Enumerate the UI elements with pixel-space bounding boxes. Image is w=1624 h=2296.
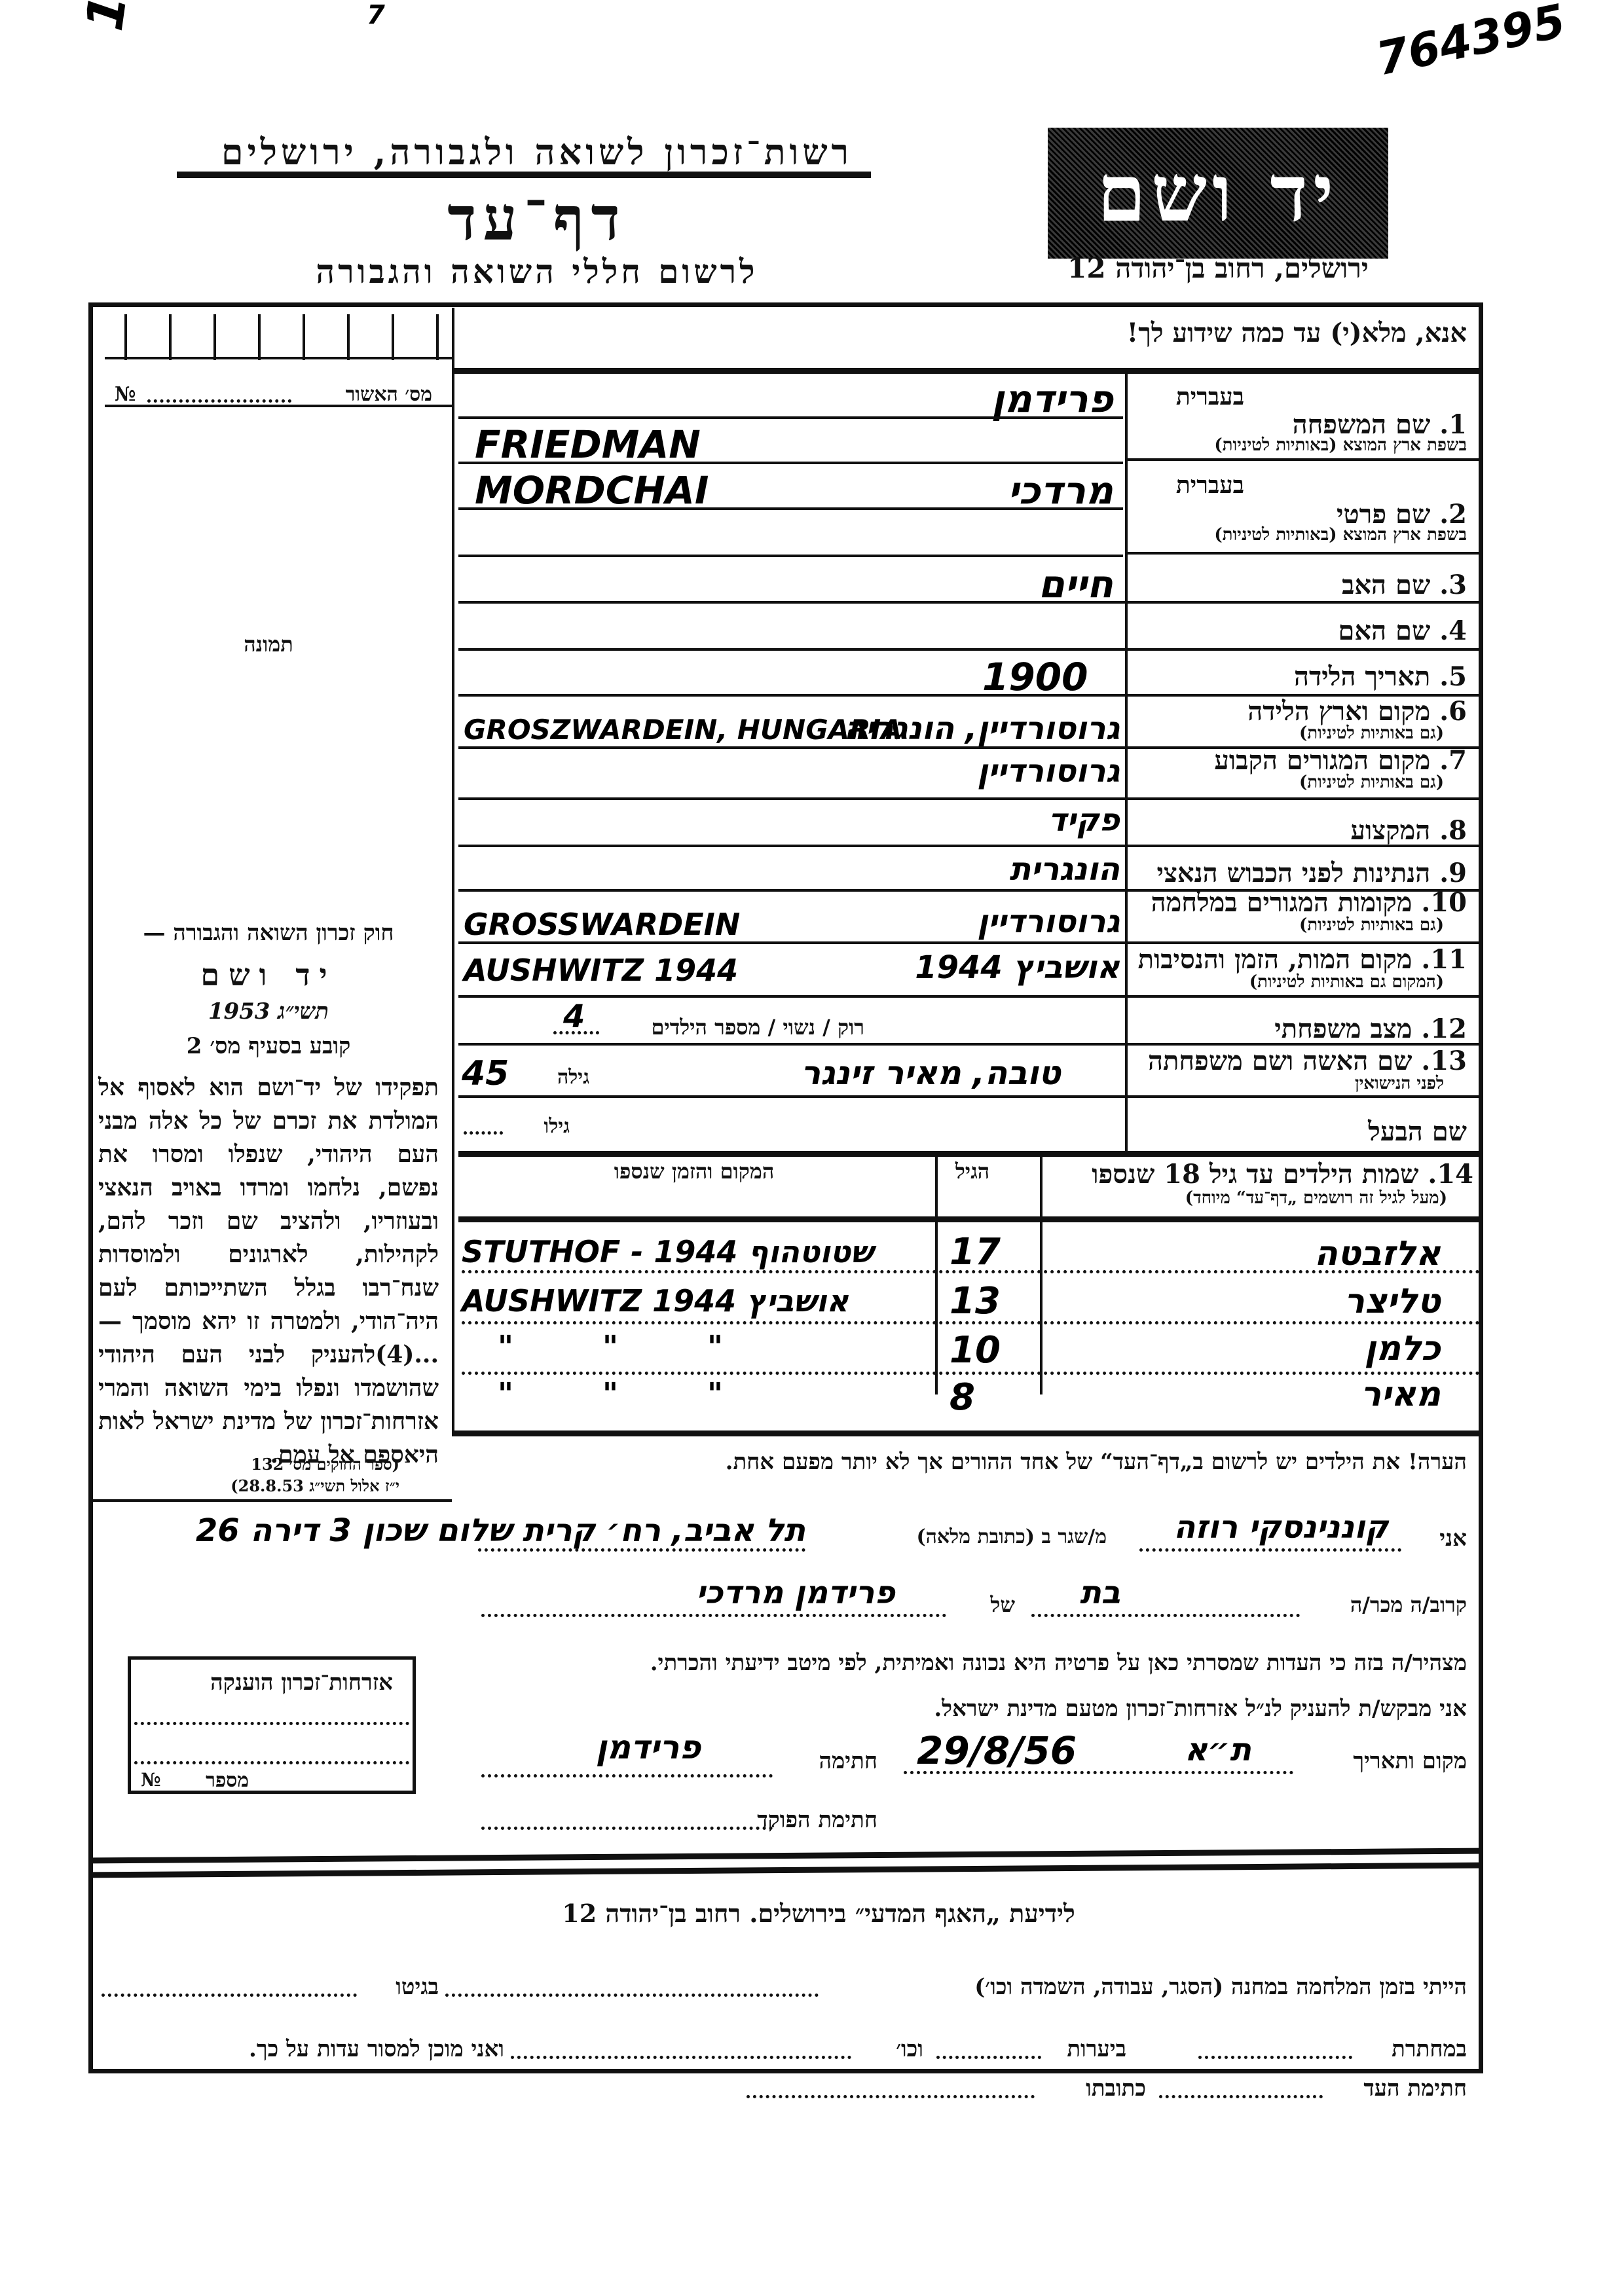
column-header-place: המקום והזמן שנספו <box>458 1159 930 1184</box>
child-age[interactable]: 10 <box>950 1329 1001 1372</box>
divider <box>458 845 1481 847</box>
divider <box>1128 552 1481 555</box>
husband-age-label: גילו <box>511 1115 570 1138</box>
field-8-label: 8. המקצוע <box>1139 815 1467 846</box>
place-date-label: מקום ותאריך <box>1303 1748 1467 1774</box>
child-age[interactable]: 13 <box>950 1280 1001 1322</box>
field-10-number: 10. <box>1421 887 1467 918</box>
field-8-label-text: המקצוע <box>1350 815 1430 846</box>
relation-input[interactable]: בת <box>1035 1575 1166 1611</box>
field-9-label-text: הנתינות לפני הכבוש הנאצי <box>1156 858 1430 888</box>
ghetto-label: בגיטו <box>360 1974 439 2000</box>
citizenship-request: אני מבקש/ת להעניק לנ״ל אזרחות־זכרון מטעם… <box>655 1696 1467 1722</box>
birthplace-latin-input[interactable]: GROSZWARDEIN, HUNGARIA <box>464 714 902 746</box>
children-note: הערה! את הילדים יש לרשום ב„דף־העד“ של אח… <box>458 1449 1467 1475</box>
field-8-number: 8. <box>1439 815 1467 846</box>
child-age[interactable]: 17 <box>950 1231 1001 1273</box>
camp-label: הייתי בזמן המלחמה במחנה (הסגר, עבודה, הש… <box>819 1974 1467 2000</box>
number-symbol: № <box>115 383 136 406</box>
wife-age-label: גילה <box>524 1066 589 1089</box>
instruction: אנא, מלא(י) עד כמה שידוע לך! <box>655 318 1467 348</box>
field-13-label: 13. שם האשה ושם משפחתה <box>1139 1046 1467 1076</box>
child-age[interactable]: 8 <box>950 1376 975 1419</box>
left-panel-divider <box>452 308 454 1434</box>
underground-label: במחתרת <box>1356 2036 1467 2062</box>
citizenship-number-symbol: № <box>141 1769 160 1791</box>
field-2-hebrew-tag: בעברית <box>1139 471 1244 499</box>
witness-signature-input[interactable] <box>1159 2095 1323 2098</box>
top-mark-annotation: 7 <box>367 0 385 30</box>
etc-input[interactable] <box>511 2056 851 2059</box>
divider <box>458 1095 1481 1098</box>
field-13-sublabel: לפני הנישואין <box>1116 1074 1444 1093</box>
row-divider <box>462 1270 1480 1273</box>
law-reference-2: י״ז אלול תשי״ג 28.8.53) <box>98 1476 399 1496</box>
divider <box>92 1499 452 1502</box>
field-7-label-text: מקום המגורים הקבוע <box>1214 745 1430 776</box>
law-clause: קובע בסעיף מס׳ 2 <box>98 1033 439 1059</box>
birth-date-input[interactable]: 1900 <box>982 655 1088 699</box>
field-3-label-text: שם האב <box>1342 570 1430 600</box>
declarant-label: אני <box>1401 1525 1467 1552</box>
wife-name-input[interactable]: טובה, מאיר זינגר <box>655 1054 1061 1092</box>
field-6-sublabel: (גם באותיות לטיניות) <box>1116 723 1444 743</box>
signature-line <box>481 1774 773 1777</box>
field-10-label-text: מקומות המגורים במלחמה <box>1151 887 1412 918</box>
field-10-sublabel: (גם באותיות לטיניות) <box>1116 915 1444 935</box>
header-rule <box>177 172 871 178</box>
field-12-number: 12. <box>1421 1013 1467 1044</box>
forests-input[interactable] <box>936 2056 1041 2059</box>
divider <box>458 1216 1481 1222</box>
child-name[interactable]: אלזבטה <box>1113 1234 1441 1273</box>
field-6-label: 6. מקום וארץ הלידה <box>1139 696 1467 727</box>
address-input[interactable]: תל אביב, רח׳ קרית שלום שכון 3 דירה 26 <box>98 1512 805 1549</box>
law-reference-1: (ספר החוקים מס׳ 132 <box>98 1455 399 1474</box>
nationality-input[interactable]: הונגרית <box>851 851 1120 888</box>
ghetto-input[interactable] <box>101 1994 357 1997</box>
citizenship-box-line[interactable] <box>134 1722 409 1725</box>
law-title: חוק זכרון השואה והגבורה — <box>98 920 439 946</box>
first-name-hebrew-input[interactable]: מרדכי <box>851 468 1113 513</box>
place-date-line <box>904 1771 1293 1774</box>
code-ticks <box>124 314 439 360</box>
field-5-number: 5. <box>1439 661 1467 692</box>
divider <box>1128 458 1481 461</box>
surname-hebrew-input[interactable]: פרידמן <box>851 376 1113 421</box>
field-7-sublabel: (גם באותיות לטיניות) <box>1116 773 1444 792</box>
divider <box>458 416 1123 419</box>
law-year: תשי״ג 1953 <box>98 998 439 1025</box>
intel-section-title: לידיעת „האגף המדעי״ בירושלים. רחוב בן־יה… <box>458 1899 1179 1929</box>
forests-label: ביערות <box>1048 2036 1126 2062</box>
wartime-residence-latin-input[interactable]: GROSSWARDEIN <box>464 907 740 942</box>
declarant-name-input[interactable]: קוננינסקי רוזה <box>1113 1509 1388 1546</box>
field-10-label: 10. מקומות המגורים במלחמה <box>1139 887 1467 918</box>
divider <box>105 405 452 407</box>
archive-number-annotation: 764395 <box>1372 0 1570 86</box>
marital-status-options[interactable]: רוק / נשוי / מספר הילדים <box>589 1015 864 1040</box>
divider <box>458 797 1481 800</box>
declaration-statement: מצהיר/ה בזה כי העדות שמסרתי כאן על פרטיה… <box>458 1650 1467 1676</box>
field-11-number: 11. <box>1421 944 1467 975</box>
child-place[interactable]: " " " <box>498 1329 762 1364</box>
field-7-number: 7. <box>1439 745 1467 776</box>
divider <box>458 462 1123 464</box>
witness-address-label: כתובתו <box>1048 2075 1146 2102</box>
relation-label: קרוב/ה מכר/ה <box>1310 1592 1467 1617</box>
husband-age-input[interactable] <box>464 1131 503 1135</box>
children-section-title: 14. שמות הילדים עד גיל 18 שנספו <box>1080 1159 1473 1190</box>
child-place[interactable]: AUSHWITZ אושביץ 1944 <box>462 1283 849 1319</box>
field-4-label: 4. שם האם <box>1139 615 1467 646</box>
field-9-number: 9. <box>1439 858 1467 888</box>
approval-number-field[interactable] <box>147 399 291 403</box>
wartime-residence-hebrew-input[interactable]: גרוסורדיין <box>851 903 1120 940</box>
children-title-text: שמות הילדים עד גיל 18 שנספו <box>1092 1159 1418 1190</box>
divider <box>458 507 1123 510</box>
divider <box>452 368 1480 374</box>
field-11-sublabel: (המקום גם באותיות לטיניות) <box>1116 972 1444 992</box>
victim-name-input[interactable]: פרידמן מרדכי <box>655 1575 936 1611</box>
divider <box>458 1151 1481 1157</box>
date-input[interactable]: 29/8/56 <box>917 1728 1077 1773</box>
of-label: של <box>956 1592 1015 1617</box>
first-name-latin-input[interactable]: MORDCHAI <box>475 468 709 513</box>
field-12-label-text: מצב משפחתי <box>1274 1013 1412 1044</box>
logo-text: יד ושם <box>1097 147 1339 240</box>
death-place-latin-input[interactable]: AUSHWITZ 1944 <box>464 953 738 988</box>
column-divider <box>935 1152 938 1394</box>
children-number: 14. <box>1428 1159 1473 1190</box>
place-input[interactable]: ת״א <box>1153 1732 1283 1768</box>
address-label: מ/שגר ב (כתובת מלאה) <box>805 1525 1107 1548</box>
relation-line <box>1031 1614 1300 1617</box>
field-11-label-text: מקום המות, הזמן והנסיבות <box>1138 944 1412 975</box>
photo-placeholder: תמונה <box>98 632 439 657</box>
org-name: רשות־זכרון לשואה ולגבורה, ירושלים <box>177 131 897 173</box>
signature-label: חתימה <box>792 1748 877 1774</box>
official-signature-field[interactable] <box>481 1827 773 1830</box>
father-name-input[interactable]: חיים <box>851 562 1113 606</box>
field-3-label: 3. שם האב <box>1139 570 1467 600</box>
witness-signature-label: חתימת העד <box>1329 2075 1467 2102</box>
field-6-label-text: מקום וארץ הלידה <box>1247 696 1430 727</box>
field-4-number: 4. <box>1439 615 1467 646</box>
camp-input[interactable] <box>445 1994 819 1997</box>
death-place-hebrew-input[interactable]: אושביץ 1944 <box>851 949 1120 986</box>
profession-input[interactable]: פקיד <box>851 802 1120 839</box>
law-text: תפקידו של יד־ושם הוא לאסוף אל המולדת את … <box>98 1071 439 1472</box>
victim-name-line <box>481 1614 946 1617</box>
field-12-label: 12. מצב משפחתי <box>1139 1013 1467 1044</box>
org-address: ירושלים, רחוב בן־יהודה 12 <box>1048 252 1388 285</box>
label-column-divider <box>1125 370 1128 1152</box>
child-name[interactable]: טליצר <box>1113 1282 1441 1321</box>
divider <box>458 555 1123 557</box>
child-place[interactable]: STUTHOF - שטוטהוף 1944 <box>462 1234 874 1269</box>
field-5-label-text: תאריך הלידה <box>1294 661 1430 692</box>
citizenship-box-title: אזרחות־זכרון הוענקה <box>131 1669 393 1696</box>
divider <box>458 601 1481 604</box>
field-3-number: 3. <box>1439 570 1467 600</box>
page-subtitle: לרשום חללי השואה והגבורה <box>177 252 897 291</box>
husband-name-label: שם הבעל <box>1139 1116 1467 1147</box>
row-divider <box>462 1321 1480 1324</box>
child-name[interactable]: מאיר <box>1113 1375 1441 1414</box>
wife-age-input[interactable]: 45 <box>462 1054 509 1093</box>
field-9-label: 9. הנתינות לפני הכבוש הנאצי <box>1139 858 1467 888</box>
declarant-name-line <box>1139 1548 1401 1552</box>
law-name: יד ושם <box>98 957 439 993</box>
field-5-label: 5. תאריך הלידה <box>1139 661 1467 692</box>
underground-input[interactable] <box>1198 2056 1352 2059</box>
children-count-input[interactable]: 4 <box>563 998 585 1035</box>
etc-label: וכו׳ <box>864 2036 923 2062</box>
column-divider <box>1040 1152 1043 1394</box>
citizenship-number-field[interactable] <box>134 1761 409 1764</box>
child-name[interactable]: כלמן <box>1113 1329 1441 1368</box>
address-line <box>478 1548 805 1552</box>
page-title: דף־עד <box>177 183 897 254</box>
field-2-sublabel: בשפת ארץ המוצא (באותיות לטיניות) <box>1116 525 1467 545</box>
approval-label: מס׳ האשור <box>275 383 432 406</box>
divider <box>458 995 1481 998</box>
divider <box>458 648 1481 651</box>
testimony-offer: ואני מוכן למסור עדות על כך. <box>98 2036 504 2062</box>
field-7-label: 7. מקום המגורים הקבוע <box>1139 745 1467 776</box>
field-6-number: 6. <box>1439 696 1467 727</box>
file-number-annotation: 142/8 <box>75 0 156 35</box>
witness-address-input[interactable] <box>747 2095 1035 2098</box>
field-13-number: 13. <box>1421 1046 1467 1076</box>
field-13-label-text: שם האשה ושם משפחתה <box>1148 1046 1412 1076</box>
surname-latin-input[interactable]: FRIEDMAN <box>475 422 701 467</box>
child-place[interactable]: " " " <box>498 1376 762 1412</box>
children-subtitle: (מעל לגיל זה רושמים „דף־עד“ מיוחד) <box>1080 1188 1447 1208</box>
divider <box>452 1430 1481 1436</box>
signature-field[interactable]: פרידמן <box>524 1728 773 1766</box>
residence-input[interactable]: גרוסורדיין <box>851 753 1120 790</box>
divider <box>105 357 452 359</box>
field-4-label-text: שם האם <box>1338 615 1430 646</box>
field-1-sublabel: בשפת ארץ המוצא (באותיות לטיניות) <box>1116 435 1467 455</box>
yad-vashem-logo: יד ושם <box>1048 128 1388 259</box>
column-header-age: הגיל <box>936 1159 1008 1184</box>
field-1-hebrew-tag: בעברית <box>1139 383 1244 410</box>
citizenship-number-label: מספר <box>170 1769 249 1792</box>
field-11-label: 11. מקום המות, הזמן והנסיבות <box>1139 944 1467 975</box>
